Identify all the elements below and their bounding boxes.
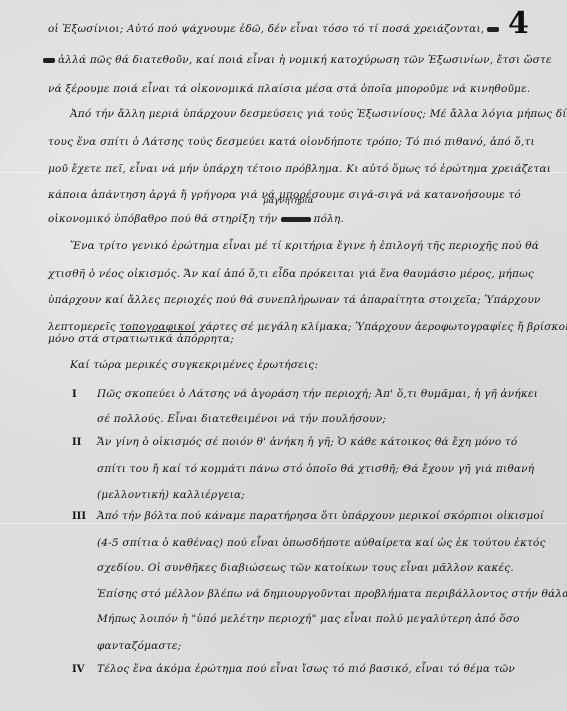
question-numeral: IV [72,664,84,675]
question-numeral: II [72,437,81,448]
page-number: 4 [508,6,529,41]
text-span: οἱ Ἐξωσίνιοι; Αὐτό πού ψάχνουμε ἐδῶ, δέν… [48,23,484,35]
text-line: Ἐπίσης στό μέλλον βλέπω νά δημιουργοῦντα… [97,588,567,600]
text-line: ἀλλά πῶς θά διατεθοῦν, καί ποιά εἶναι ἡ … [40,54,552,66]
crossed-out-word [487,27,499,32]
text-span: οἰκονομικό ὑπόβαθρο πού θά στηρίξη τήν [48,213,278,225]
text-span: ἀλλά πῶς θά διατεθοῦν, καί ποιά εἶναι ἡ … [58,54,552,66]
text-line: τους ἕνα σπίτι ὁ Λάτσης τούς δεσμεύει κα… [48,136,535,148]
question-numeral: III [72,511,86,522]
text-line: (μελλοντική) καλλιέργεια; [97,489,245,501]
text-line: Μήπως λοιπόν ἡ "ὑπό μελέτην περιοχή" μας… [97,613,520,625]
text-line: μοῦ ἔχετε πεῖ, εἶναι νά μήν ὑπάρχη τέτοι… [48,163,551,175]
text-line: φανταζόμαστε; [97,640,181,652]
text-line: Καί τώρα μερικές συγκεκριμένες ἐρωτήσεις… [70,359,318,371]
text-line: Ἕνα τρίτο γενικό ἐρώτημα εἶναι μέ τί κρι… [70,240,539,252]
text-span: λεπτομερεῖς [48,321,116,333]
text-line: μόνο στά στρατιωτικά ἀπόρρητα; [48,333,234,345]
text-line: λεπτομερεῖς τοπογραφικοί χάρτες σέ μεγάλ… [48,321,567,333]
underlined-word: τοπογραφικοί [119,321,195,333]
text-span: χάρτες σέ μεγάλη κλίμακα; Ὑπάρχουν ἀεροφ… [199,321,567,333]
text-line: οἱ Ἐξωσίνιοι; Αὐτό πού ψάχνουμε ἐδῶ, δέν… [48,23,502,35]
inserted-word: μαγνητήρια [263,196,313,206]
text-line: σπίτι του ἤ καί τό κομμάτι πάνω στό ὁποῖ… [97,463,534,475]
text-line: (4-5 σπίτια ὁ καθένας) πού εἶναι ὁπωσδήπ… [97,537,546,549]
text-line: ὑπάρχουν καί ἄλλες περιοχές πού θά συνεπ… [48,294,541,306]
text-line: Τέλος ἕνα ἀκόμα ἐρώτημα πού εἶναι ἴσως τ… [97,663,515,675]
text-line: νά ξέρουμε ποιά εἶναι τά οἰκονομικά πλαί… [48,83,530,95]
text-span: πόλη. [314,213,345,225]
text-line: χτισθῆ ὁ νέος οἰκισμός. Ἄν καί ἀπό ὅ,τι … [48,268,534,280]
text-line: Ἀπό τήν βόλτα πού κάναμε παρατήρησα ὅτι … [97,510,544,522]
question-numeral: I [72,389,77,400]
text-line: Πῶς σκοπεύει ὁ Λάτσης νά ἀγοράση τήν περ… [97,388,538,400]
handwritten-page: 4 οἱ Ἐξωσίνιοι; Αὐτό πού ψάχνουμε ἐδῶ, δ… [0,0,567,711]
crossed-out-word [281,217,311,222]
text-line: Ἄν γίνη ὁ οἰκισμός σέ ποιόν θ' ἀνήκη ἡ γ… [97,436,517,448]
crossed-out-word [43,58,55,63]
paper-fold-line [0,523,567,524]
text-line: σχεδίου. Οἱ συνθῆκες διαβιώσεως τῶν κατο… [97,562,514,574]
text-line: Ἀπό τήν ἄλλη μεριά ὑπάρχουν δεσμεύσεις γ… [70,108,567,120]
text-line: οἰκονομικό ὑπόβαθρο πού θά στηρίξη τήνπό… [48,213,344,225]
text-line: σέ πολλούς. Εἶναι διατεθειμένοι νά τήν π… [97,413,386,425]
